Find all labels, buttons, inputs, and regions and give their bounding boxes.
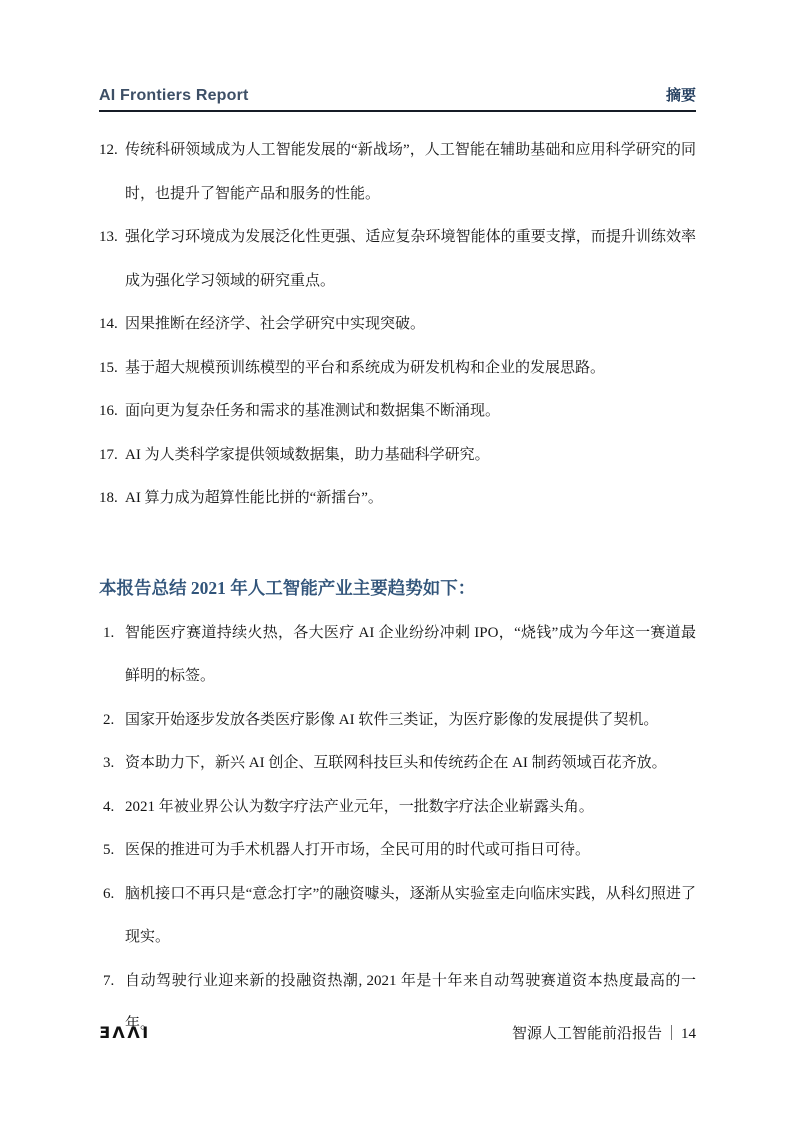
list-item: 1. 智能医疗赛道持续火热，各大医疗 AI 企业纷纷冲刺 IPO，“烧钱”成为今… [99,612,696,699]
list-item-number: 5. [99,829,125,873]
header-section-label: 摘要 [666,84,696,105]
list-item-text: 脑机接口不再只是“意念打字”的融资噱头，逐渐从实验室走向临床实践，从科幻照进了现… [125,873,696,960]
list-item-text: 资本助力下，新兴 AI 创企、互联网科技巨头和传统药企在 AI 制药领域百花齐放… [125,742,696,786]
list-item-number: 6. [99,873,125,960]
list-item: 18. AI 算力成为超算性能比拼的“新擂台”。 [99,477,696,521]
footer-separator: ｜ [662,1026,681,1042]
list-item: 3. 资本助力下，新兴 AI 创企、互联网科技巨头和传统药企在 AI 制药领域百… [99,742,696,786]
list-item-number: 18. [99,477,125,521]
list-item: 16. 面向更为复杂任务和需求的基准测试和数据集不断涌现。 [99,390,696,434]
list-item-text: 因果推断在经济学、社会学研究中实现突破。 [125,303,696,347]
baai-logo: ƎΛΛI [99,1023,151,1042]
section-heading: 本报告总结 2021 年人工智能产业主要趋势如下： [99,575,696,601]
page-body: 12. 传统科研领域成为人工智能发展的“新战场”，人工智能在辅助基础和应用科学研… [99,129,696,1047]
report-page: AI Frontiers Report 摘要 12. 传统科研领域成为人工智能发… [0,0,793,1122]
list-item-text: 基于超大规模预训练模型的平台和系统成为研发机构和企业的发展思路。 [125,347,696,391]
list-item: 12. 传统科研领域成为人工智能发展的“新战场”，人工智能在辅助基础和应用科学研… [99,129,696,216]
header-report-title: AI Frontiers Report [99,87,249,105]
list-item-number: 1. [99,612,125,699]
footer-report-name: 智源人工智能前沿报告｜14 [512,1022,696,1043]
list-item: 5. 医保的推进可为手术机器人打开市场，全民可用的时代或可指日可待。 [99,829,696,873]
page-header: AI Frontiers Report 摘要 [99,84,696,112]
list-item-number: 12. [99,129,125,216]
summary-conclusions-list: 12. 传统科研领域成为人工智能发展的“新战场”，人工智能在辅助基础和应用科学研… [99,129,696,521]
list-item-text: AI 为人类科学家提供领域数据集，助力基础科学研究。 [125,434,696,478]
list-item-number: 4. [99,786,125,830]
list-item: 15. 基于超大规模预训练模型的平台和系统成为研发机构和企业的发展思路。 [99,347,696,391]
list-item-text: 面向更为复杂任务和需求的基准测试和数据集不断涌现。 [125,390,696,434]
page-number: 14 [681,1026,696,1042]
list-item: 14. 因果推断在经济学、社会学研究中实现突破。 [99,303,696,347]
list-item-text: AI 算力成为超算性能比拼的“新擂台”。 [125,477,696,521]
list-item-text: 强化学习环境成为发展泛化性更强、适应复杂环境智能体的重要支撑，而提升训练效率成为… [125,216,696,303]
list-item-text: 传统科研领域成为人工智能发展的“新战场”，人工智能在辅助基础和应用科学研究的同时… [125,129,696,216]
list-item: 4. 2021 年被业界公认为数字疗法产业元年，一批数字疗法企业崭露头角。 [99,786,696,830]
industry-trends-list: 1. 智能医疗赛道持续火热，各大医疗 AI 企业纷纷冲刺 IPO，“烧钱”成为今… [99,612,696,1047]
list-item-number: 16. [99,390,125,434]
list-item-number: 13. [99,216,125,303]
footer-report-title: 智源人工智能前沿报告 [512,1026,662,1042]
list-item: 13. 强化学习环境成为发展泛化性更强、适应复杂环境智能体的重要支撑，而提升训练… [99,216,696,303]
list-item-number: 14. [99,303,125,347]
page-footer: ƎΛΛI 智源人工智能前沿报告｜14 [99,1022,696,1043]
list-item-text: 医保的推进可为手术机器人打开市场，全民可用的时代或可指日可待。 [125,829,696,873]
list-item-number: 17. [99,434,125,478]
list-item-number: 2. [99,699,125,743]
list-item-number: 15. [99,347,125,391]
list-item-text: 智能医疗赛道持续火热，各大医疗 AI 企业纷纷冲刺 IPO，“烧钱”成为今年这一… [125,612,696,699]
list-item-text: 国家开始逐步发放各类医疗影像 AI 软件三类证，为医疗影像的发展提供了契机。 [125,699,696,743]
list-item: 17. AI 为人类科学家提供领域数据集，助力基础科学研究。 [99,434,696,478]
list-item-text: 2021 年被业界公认为数字疗法产业元年，一批数字疗法企业崭露头角。 [125,786,696,830]
list-item: 6. 脑机接口不再只是“意念打字”的融资噱头，逐渐从实验室走向临床实践，从科幻照… [99,873,696,960]
list-item: 2. 国家开始逐步发放各类医疗影像 AI 软件三类证，为医疗影像的发展提供了契机… [99,699,696,743]
list-item-number: 3. [99,742,125,786]
